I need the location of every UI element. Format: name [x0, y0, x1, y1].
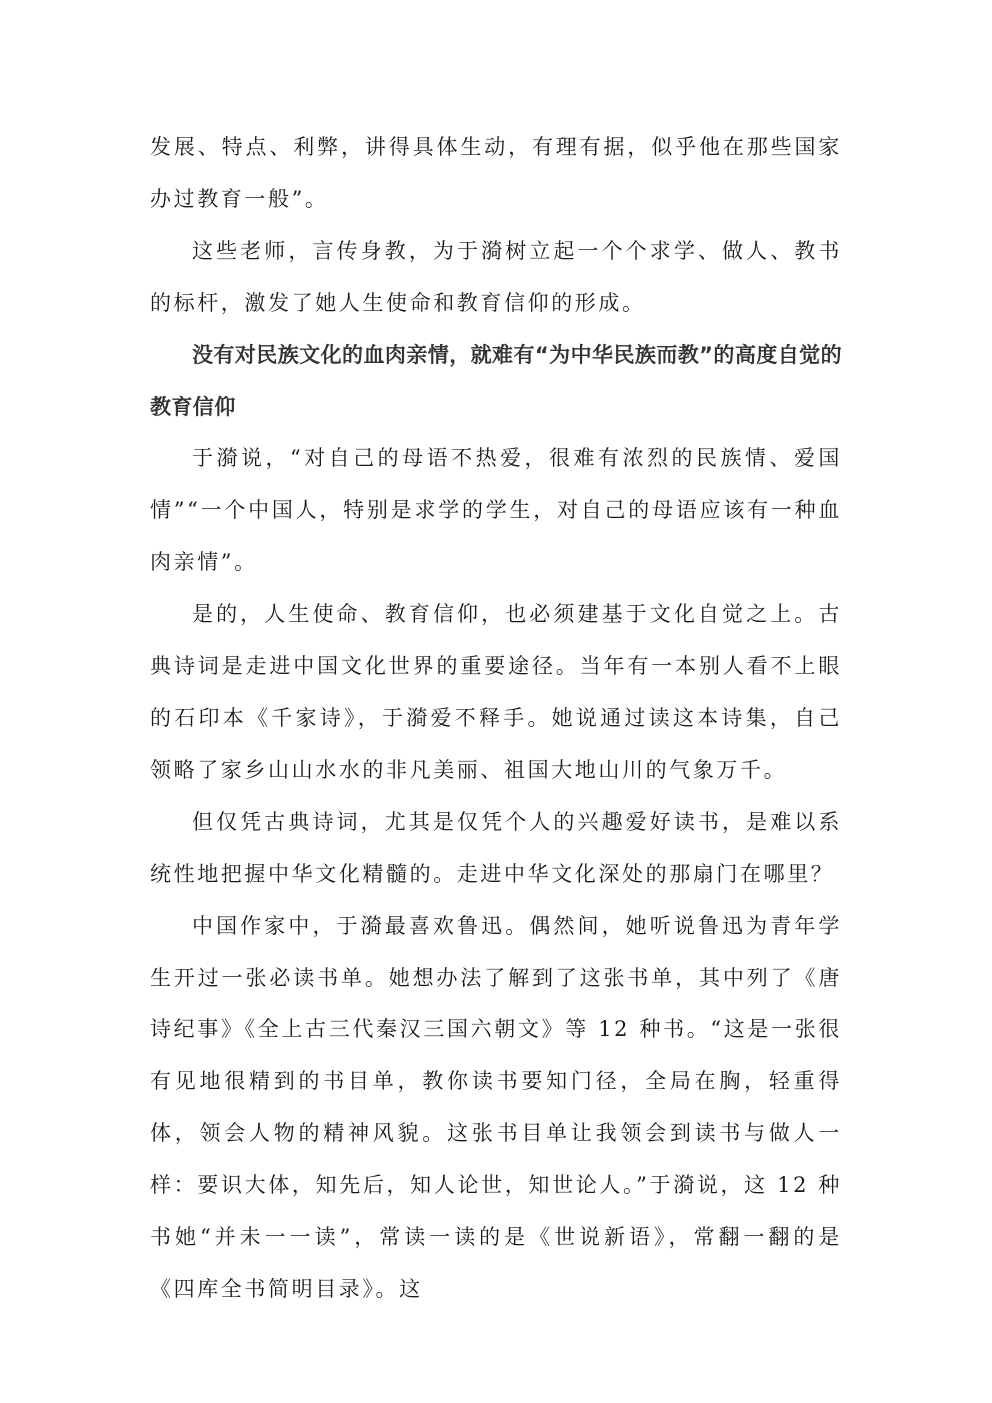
paragraph-mother-tongue-quote: 于漪说，“对自己的母语不热爱，很难有浓烈的民族情、爱国情”“一个中国人，特别是求… [150, 433, 842, 589]
paragraph-teachers-role-models: 这些老师，言传身教，为于漪树立起一个个求学、做人、教书的标杆，激发了她人生使命和… [150, 226, 842, 330]
paragraph-continuation: 发展、特点、利弊，讲得具体生动，有理有据，似乎他在那些国家办过教育一般”。 [150, 122, 842, 226]
document-page: 发展、特点、利弊，讲得具体生动，有理有据，似乎他在那些国家办过教育一般”。 这些… [150, 122, 842, 1316]
paragraph-cultural-essence: 但仅凭古典诗词，尤其是仅凭个人的兴趣爱好读书，是难以系统性地把握中华文化精髓的。… [150, 797, 842, 901]
section-heading: 没有对民族文化的血肉亲情，就难有“为中华民族而教”的高度自觉的教育信仰 [150, 330, 842, 434]
paragraph-lu-xun-reading-list: 中国作家中，于漪最喜欢鲁迅。偶然间，她听说鲁迅为青年学生开过一张必读书单。她想办… [150, 901, 842, 1316]
paragraph-classical-poetry: 是的，人生使命、教育信仰，也必须建基于文化自觉之上。古典诗词是走进中国文化世界的… [150, 589, 842, 797]
